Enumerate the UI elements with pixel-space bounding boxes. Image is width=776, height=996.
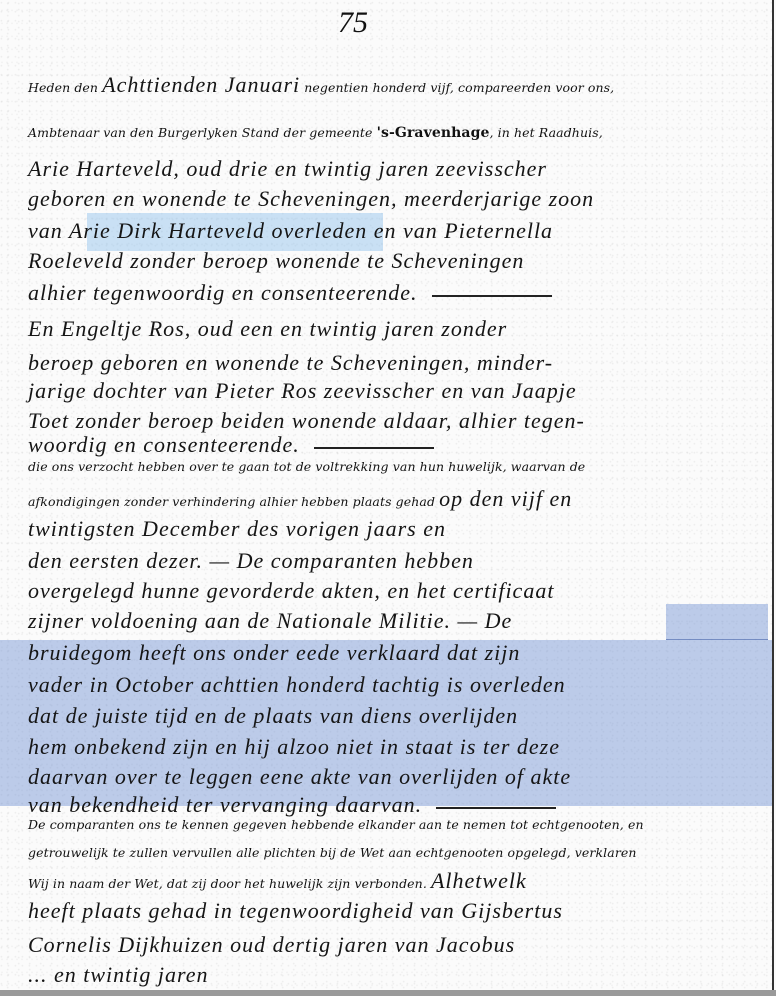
document-line: beroep geboren en wonende te Scheveninge… [28,350,553,376]
printed-text: Ambtenaar van den Burgerlyken Stand der … [28,125,377,140]
document-line: daarvan over te leggen eene akte van ove… [28,764,571,790]
handwritten-text: woordig en consenteerende. [28,432,300,457]
handwritten-text: Roeleveld zonder beroep wonende te Schev… [28,248,524,273]
printed-text: 's-Gravenhage [377,125,490,141]
handwritten-text: overgelegd hunne gevorderde akten, en he… [28,578,554,603]
handwritten-text: van bekendheid ter vervanging daarvan. [28,792,422,817]
document-line: getrouwelijk te zullen vervullen alle pl… [28,844,637,862]
document-line: De comparanten ons te kennen gegeven heb… [28,816,644,834]
document-line: jarige dochter van Pieter Ros zeevissche… [28,378,577,404]
selection-edge [666,639,768,640]
filler-rule [436,807,556,809]
handwritten-text: jarige dochter van Pieter Ros zeevissche… [28,378,577,403]
handwritten-text: Achttienden Januari [102,72,300,97]
handwritten-text: dat de juiste tijd en de plaats van dien… [28,703,518,728]
document-line: Wij in naam der Wet, dat zij door het hu… [28,868,527,894]
handwritten-text: ... en twintig jaren [28,962,209,987]
document-line: ... en twintig jaren [28,962,209,988]
printed-text: getrouwelijk te zullen vervullen alle pl… [28,845,637,860]
printed-text: negentien honderd vijf, compareerden voo… [300,80,614,95]
highlighted-name: Arie Dirk Harteveld [69,218,265,243]
highlight-paragraph-selection-start[interactable] [666,604,768,640]
document-line: alhier tegenwoordig en consenteerende. [28,280,552,306]
handwritten-text: vader in October achttien honderd tachti… [28,672,566,697]
document-line: geboren en wonende te Scheveningen, meer… [28,186,594,212]
document-line: die ons verzocht hebben over te gaan tot… [28,458,585,476]
handwritten-text: hem onbekend zijn en hij alzoo niet in s… [28,734,560,759]
page-number: 75 [338,6,368,40]
document-line: heeft plaats gehad in tegenwoordigheid v… [28,898,563,924]
printed-text: De comparanten ons te kennen gegeven heb… [28,817,644,832]
handwritten-text: Cornelis Dijkhuizen oud dertig jaren van… [28,932,515,957]
handwritten-text: bruidegom heeft ons onder eede verklaard… [28,640,520,665]
handwritten-text: overleden en van Pieternella [265,218,553,243]
document-line: afkondigingen zonder verhindering alhier… [28,486,572,512]
document-line: Heden den Achttienden Januari negentien … [28,72,614,98]
document-line: dat de juiste tijd en de plaats van dien… [28,703,518,729]
document-line: En Engeltje Ros, oud een en twintig jare… [28,316,507,342]
handwritten-text: geboren en wonende te Scheveningen, meer… [28,186,594,211]
document-page: 75 Heden den Achttienden Januari negenti… [0,0,776,996]
printed-text: , in het Raadhuis, [489,125,602,140]
handwritten-text: twintigsten December des vorigen jaars e… [28,516,446,541]
document-line: Toet zonder beroep beiden wonende aldaar… [28,408,585,434]
handwritten-text: zijner voldoening aan de Nationale Milit… [28,608,512,633]
handwritten-text: Arie Harteveld, oud drie en twintig jare… [28,156,547,181]
document-line: van bekendheid ter vervanging daarvan. [28,792,556,818]
document-line: hem onbekend zijn en hij alzoo niet in s… [28,734,560,760]
printed-text: afkondigingen zonder verhindering alhier… [28,494,439,509]
handwritten-text: alhier tegenwoordig en consenteerende. [28,280,418,305]
printed-text: Heden den [28,80,102,95]
document-line: vader in October achttien honderd tachti… [28,672,566,698]
document-line: twintigsten December des vorigen jaars e… [28,516,446,542]
handwritten-text: beroep geboren en wonende te Scheveninge… [28,350,553,375]
document-line: den eersten dezer. — De comparanten hebb… [28,548,474,574]
document-line: Cornelis Dijkhuizen oud dertig jaren van… [28,932,515,958]
document-line: van Arie Dirk Harteveld overleden en van… [28,218,553,244]
scrollbar-bottom[interactable] [0,990,776,996]
document-line: woordig en consenteerende. [28,432,434,458]
document-line: overgelegd hunne gevorderde akten, en he… [28,578,554,604]
handwritten-text: den eersten dezer. — De comparanten hebb… [28,548,474,573]
handwritten-text: En Engeltje Ros, oud een en twintig jare… [28,316,507,341]
handwritten-text: op den vijf en [439,486,572,511]
document-line: Ambtenaar van den Burgerlyken Stand der … [28,124,603,142]
filler-rule [432,295,552,297]
handwritten-text: Toet zonder beroep beiden wonende aldaar… [28,408,585,433]
handwritten-text: daarvan over te leggen eene akte van ove… [28,764,571,789]
printed-text: Wij in naam der Wet, dat zij door het hu… [28,876,431,891]
handwritten-text: heeft plaats gehad in tegenwoordigheid v… [28,898,563,923]
handwritten-text: van [28,218,69,243]
document-line: zijner voldoening aan de Nationale Milit… [28,608,512,634]
printed-text: die ons verzocht hebben over te gaan tot… [28,459,585,474]
document-line: Roeleveld zonder beroep wonende te Schev… [28,248,524,274]
document-line: bruidegom heeft ons onder eede verklaard… [28,640,520,666]
handwritten-text: Alhetwelk [431,868,527,893]
document-line: Arie Harteveld, oud drie en twintig jare… [28,156,547,182]
page-border [772,0,774,990]
filler-rule [314,447,434,449]
